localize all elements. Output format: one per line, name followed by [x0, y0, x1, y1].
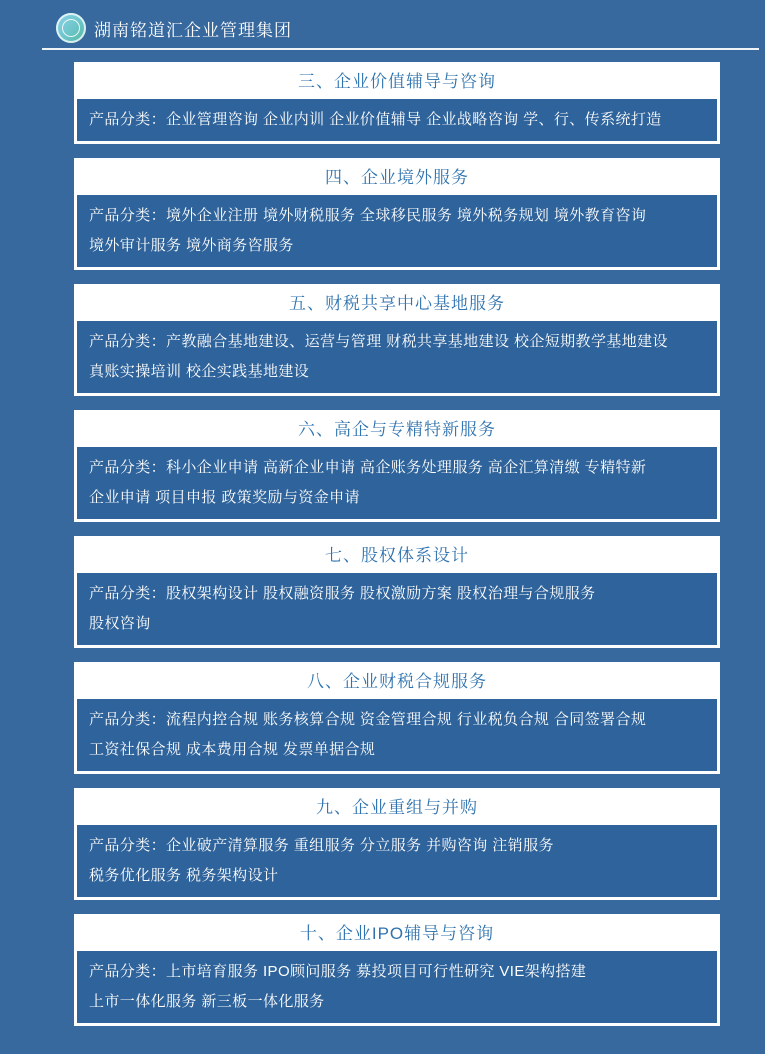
section-title: 八、企业财税合规服务 [77, 665, 717, 699]
company-seal-logo-icon [56, 13, 86, 43]
section-card-5: 五、财税共享中心基地服务 产品分类：产教融合基地建设、运营与管理 财税共享基地建… [74, 284, 720, 396]
section-title: 十、企业IPO辅导与咨询 [77, 917, 717, 951]
section-card-7: 七、股权体系设计 产品分类：股权架构设计 股权融资服务 股权激励方案 股权治理与… [74, 536, 720, 648]
section-products: 产品分类：股权架构设计 股权融资服务 股权激励方案 股权治理与合规服务 股权咨询 [77, 573, 717, 645]
section-products: 产品分类：上市培育服务 IPO顾问服务 募投项目可行性研究 VIE架构搭建 上市… [77, 951, 717, 1023]
section-products: 产品分类：流程内控合规 账务核算合规 资金管理合规 行业税负合规 合同签署合规 … [77, 699, 717, 771]
section-card-10: 十、企业IPO辅导与咨询 产品分类：上市培育服务 IPO顾问服务 募投项目可行性… [74, 914, 720, 1026]
section-products: 产品分类：产教融合基地建设、运营与管理 财税共享基地建设 校企短期教学基地建设 … [77, 321, 717, 393]
section-title: 七、股权体系设计 [77, 539, 717, 573]
company-name: 湖南铭道汇企业管理集团 [94, 16, 292, 41]
section-products: 产品分类：科小企业申请 高新企业申请 高企账务处理服务 高企汇算清缴 专精特新 … [77, 447, 717, 519]
section-card-6: 六、高企与专精特新服务 产品分类：科小企业申请 高新企业申请 高企账务处理服务 … [74, 410, 720, 522]
section-card-9: 九、企业重组与并购 产品分类：企业破产清算服务 重组服务 分立服务 并购咨询 注… [74, 788, 720, 900]
section-card-8: 八、企业财税合规服务 产品分类：流程内控合规 账务核算合规 资金管理合规 行业税… [74, 662, 720, 774]
header-divider [42, 48, 759, 50]
section-title: 三、企业价值辅导与咨询 [77, 65, 717, 99]
section-title: 五、财税共享中心基地服务 [77, 287, 717, 321]
section-products: 产品分类：企业破产清算服务 重组服务 分立服务 并购咨询 注销服务 税务优化服务… [77, 825, 717, 897]
service-sections-list: 三、企业价值辅导与咨询 产品分类：企业管理咨询 企业内训 企业价值辅导 企业战略… [74, 62, 720, 1040]
section-title: 六、高企与专精特新服务 [77, 413, 717, 447]
section-card-4: 四、企业境外服务 产品分类：境外企业注册 境外财税服务 全球移民服务 境外税务规… [74, 158, 720, 270]
section-products: 产品分类：企业管理咨询 企业内训 企业价值辅导 企业战略咨询 学、行、传系统打造 [77, 99, 717, 141]
section-products: 产品分类：境外企业注册 境外财税服务 全球移民服务 境外税务规划 境外教育咨询 … [77, 195, 717, 267]
section-title: 九、企业重组与并购 [77, 791, 717, 825]
page-header: 湖南铭道汇企业管理集团 [0, 0, 765, 50]
section-card-3: 三、企业价值辅导与咨询 产品分类：企业管理咨询 企业内训 企业价值辅导 企业战略… [74, 62, 720, 144]
section-title: 四、企业境外服务 [77, 161, 717, 195]
